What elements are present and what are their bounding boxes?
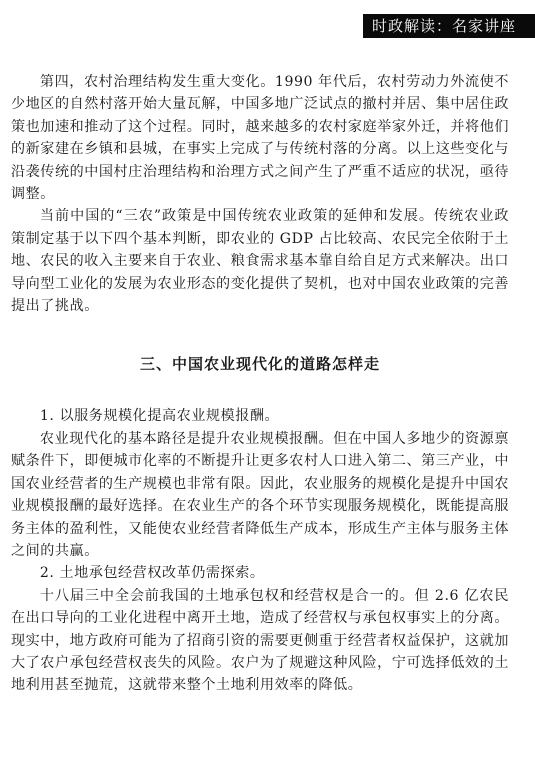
header-banner-label: 时政解读：名家讲座 bbox=[372, 17, 516, 35]
subsection-paragraph-2: 十八届三中全会前我国的土地承包权和经营权是合一的。但 2.6 亿农民在出口导向的… bbox=[11, 585, 509, 697]
section-heading: 三、中国农业现代化的道路怎样走 bbox=[11, 353, 509, 375]
article-body: 第四，农村治理结构发生重大变化。1990 年代后，农村劳动力外流使不少地区的自然… bbox=[11, 71, 509, 697]
subsection-title-1: 1. 以服务规模化提高农业规模报酬。 bbox=[11, 405, 509, 427]
spacer bbox=[11, 375, 509, 405]
header-banner: 时政解读：名家讲座 bbox=[363, 14, 535, 38]
paragraph-sannong-policy: 当前中国的“三农”政策是中国传统农业政策的延伸和发展。传统农业政策制定基于以下四… bbox=[11, 205, 509, 317]
subsection-title-2: 2. 土地承包经营权改革仍需探索。 bbox=[11, 562, 509, 584]
paragraph-rural-governance: 第四，农村治理结构发生重大变化。1990 年代后，农村劳动力外流使不少地区的自然… bbox=[11, 71, 509, 205]
spacer bbox=[11, 317, 509, 353]
subsection-paragraph-1: 农业现代化的基本路径是提升农业规模报酬。但在中国人多地少的资源禀赋条件下，即便城… bbox=[11, 428, 509, 562]
